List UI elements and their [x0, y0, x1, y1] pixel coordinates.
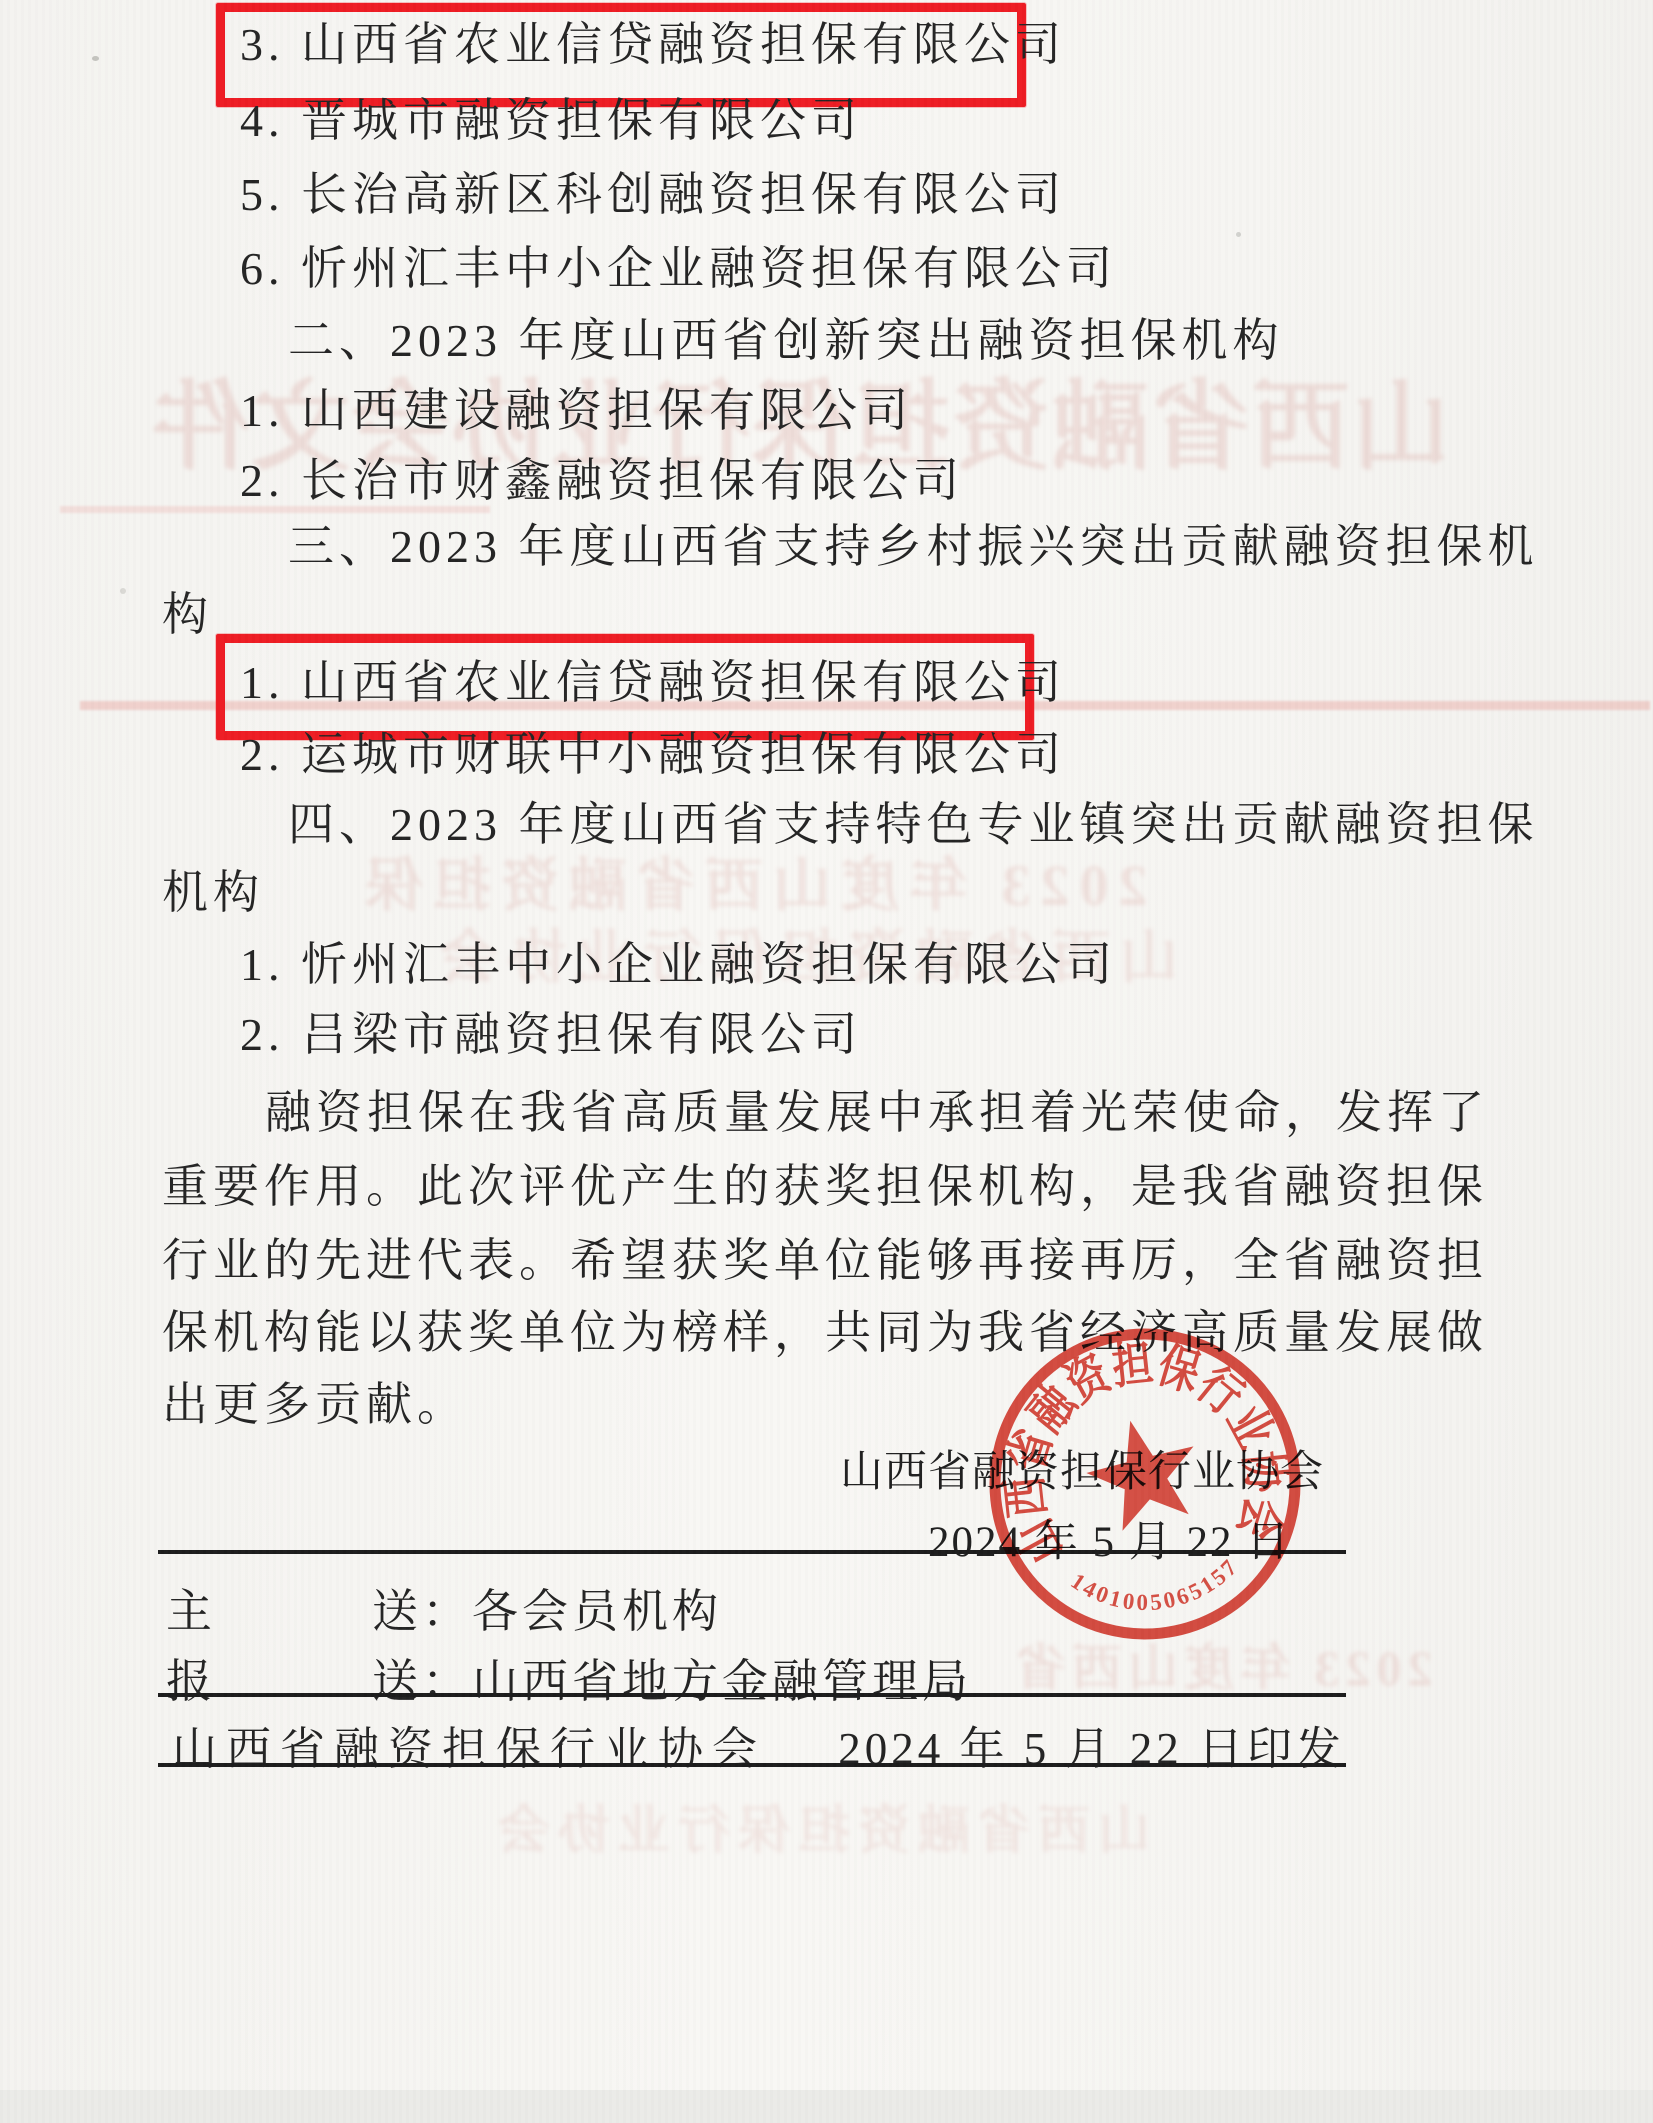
list-item: 6. 忻州汇丰中小企业融资担保有限公司: [240, 246, 1117, 292]
official-seal: 山西省融资担保行业协会 1401005065157: [958, 1297, 1332, 1671]
section-heading-wrap: 构: [162, 592, 213, 638]
distribution-label: 送：: [372, 1656, 472, 1707]
section-heading: 三、2023 年度山西省支持乡村振兴突出贡献融资担保机: [288, 524, 1539, 570]
paragraph-line: 出更多贡献。: [162, 1382, 468, 1428]
scan-edge-strip: [0, 2090, 1653, 2123]
paragraph-line: 行业的先进代表。希望获奖单位能够再接再厉，全省融资担: [162, 1238, 1488, 1284]
scan-artifact: [120, 588, 126, 594]
bleedthrough-text: 山西省融资担保行业协会: [490, 1788, 1150, 1863]
paragraph-line: 重要作用。此次评优产生的获奖担保机构，是我省融资担保: [162, 1164, 1488, 1210]
list-item: 2. 吕梁市融资担保有限公司: [240, 1012, 862, 1058]
distribution-report-row: 报送：山西省地方金融管理局: [166, 1645, 972, 1711]
list-item: 5. 长治高新区科创融资担保有限公司: [240, 172, 1066, 218]
section-heading: 四、2023 年度山西省支持特色专业镇突出贡献融资担保: [288, 802, 1539, 848]
list-item: 1. 山西建设融资担保有限公司: [240, 388, 913, 434]
distribution-main-row: 主送：各会员机构: [166, 1575, 722, 1641]
list-item: 2. 运城市财联中小融资担保有限公司: [240, 732, 1066, 778]
distribution-label: 送：: [372, 1586, 472, 1637]
scanned-document-page: 山西省融资担保行业协会文件 2023 年度山西省融资担保 山西省融资担保行业协会…: [0, 0, 1653, 2123]
scan-artifact: [1236, 232, 1241, 237]
distribution-value: 山西省地方金融管理局: [472, 1656, 972, 1707]
paragraph-line: 融资担保在我省高质量发展中承担着光荣使命，发挥了: [265, 1090, 1489, 1136]
distribution-label: 报: [166, 1656, 216, 1707]
section-heading-wrap: 机构: [162, 870, 264, 916]
footer-print-date: 2024 年 5 月 22 日印发: [838, 1712, 1345, 1777]
scan-artifact: [60, 506, 490, 513]
divider-rule: [158, 1763, 1346, 1767]
distribution-value: 各会员机构: [472, 1586, 722, 1637]
list-item: 2. 长治市财鑫融资担保有限公司: [240, 458, 964, 504]
list-item-highlighted: 3. 山西省农业信贷融资担保有限公司: [240, 22, 1066, 68]
scan-artifact: [92, 56, 99, 61]
seal-star-icon: [1077, 1407, 1209, 1535]
footer-issuer: 山西省融资担保行业协会: [172, 1712, 766, 1777]
divider-rule: [158, 1693, 1346, 1697]
section-heading: 二、2023 年度山西省创新突出融资担保机构: [288, 318, 1284, 364]
list-item: 1. 忻州汇丰中小企业融资担保有限公司: [240, 942, 1117, 988]
list-item-highlighted: 1. 山西省农业信贷融资担保有限公司: [240, 660, 1066, 706]
list-item: 4. 晋城市融资担保有限公司: [240, 98, 862, 144]
distribution-label: 主: [166, 1586, 216, 1637]
